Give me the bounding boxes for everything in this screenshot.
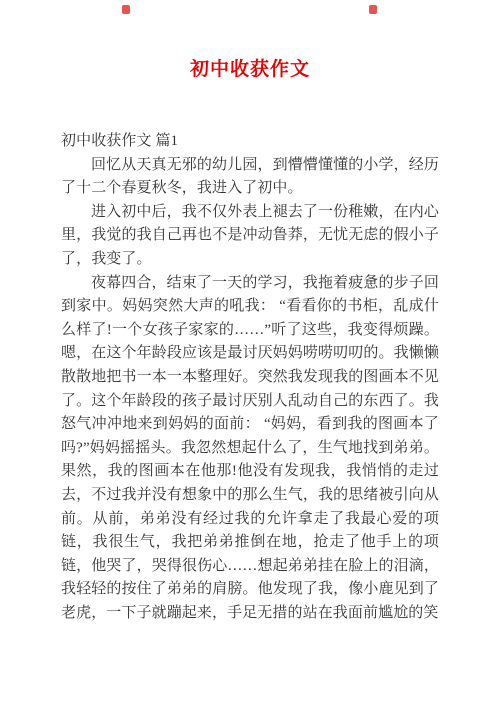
essay-section-heading: 初中收获作文 篇1: [61, 130, 439, 154]
essay-paragraph: 进入初中后，我不仅外表上褪去了一份稚嫩，在内心里，我觉的我自己再也不是冲动鲁莽，…: [61, 201, 439, 272]
essay-paragraph: 回忆从天真无邪的幼儿园，到懵懵懂懂的小学，经历了十二个春夏秋冬，我进入了初中。: [61, 154, 439, 201]
red-watermark-right-icon: [369, 5, 377, 14]
essay-body: 初中收获作文 篇1 回忆从天真无邪的幼儿园，到懵懵懂懂的小学，经历了十二个春夏秋…: [61, 130, 439, 625]
red-watermark-left-icon: [122, 5, 130, 14]
essay-paragraph: 夜幕四合，结束了一天的学习，我拖着疲惫的步子回到家中。妈妈突然大声的吼我： “看…: [61, 272, 439, 626]
page-title: 初中收获作文: [0, 54, 500, 81]
document-page: 初中收获作文 初中收获作文 篇1 回忆从天真无邪的幼儿园，到懵懵懂懂的小学，经历…: [0, 0, 500, 707]
